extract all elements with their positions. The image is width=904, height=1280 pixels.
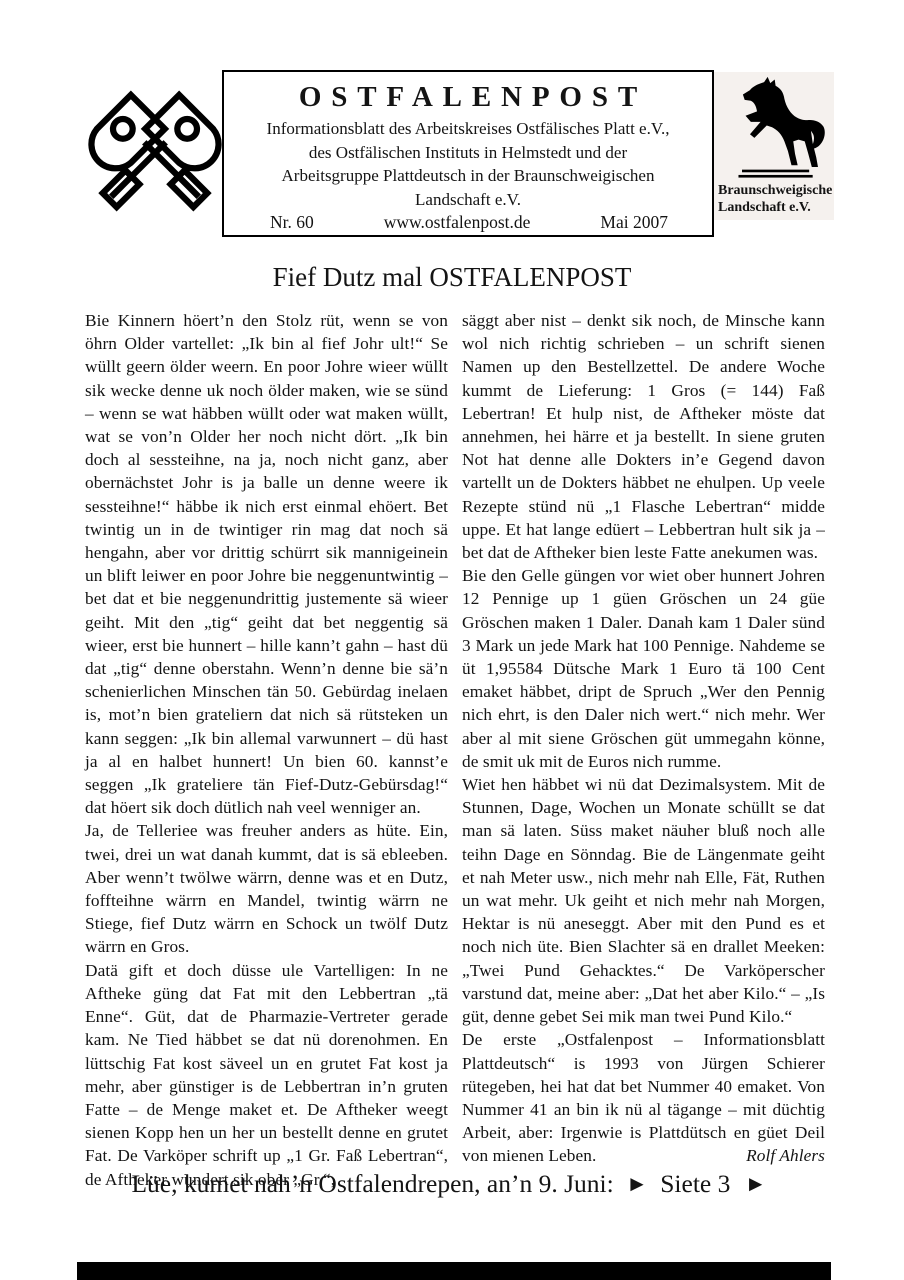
ostfalen-emblem <box>88 86 222 220</box>
footer-notice: Lüe, kumet nah’n Ostfalendrepen, an’n 9.… <box>0 1168 904 1200</box>
column-left: Bie Kinnern höert’n den Stolz rüt, wenn … <box>85 309 448 1191</box>
horse-logo-caption: BraunschweigischeLandschaft e.V. <box>714 183 834 216</box>
right-arrow-icon: ► <box>745 1171 767 1196</box>
paragraph: Ja, de Telleriee was freuher anders as h… <box>85 819 448 958</box>
article-body: Bie Kinnern höert’n den Stolz rüt, wenn … <box>85 309 825 1191</box>
paragraph: De erste „Ostfalenpost – Informationsbla… <box>462 1028 825 1167</box>
paragraph: Bie den Gelle güngen vor wiet ober hunne… <box>462 564 825 773</box>
newsletter-title: OSTFALENPOST <box>224 79 712 115</box>
paragraph: Datä gift et doch düsse ule Vartelligen:… <box>85 959 448 1191</box>
subtitle-line: Landschaft e.V. <box>224 188 712 212</box>
paragraph: Bie Kinnern höert’n den Stolz rüt, wenn … <box>85 309 448 819</box>
right-arrow-icon: ► <box>626 1171 648 1196</box>
subtitle-line: des Ostfälischen Instituts in Helmstedt … <box>224 141 712 165</box>
masthead-subtitle: Informationsblatt des Arbeitskreises Ost… <box>224 117 712 211</box>
subtitle-line: Arbeitsgruppe Plattdeutsch in der Brauns… <box>224 164 712 188</box>
issue-date: Mai 2007 <box>600 212 668 233</box>
masthead-meta: Nr. 60 www.ostfalenpost.de Mai 2007 <box>224 212 712 233</box>
rearing-horse-icon <box>730 76 830 182</box>
masthead-box: OSTFALENPOST Informationsblatt des Arbei… <box>222 70 714 237</box>
issue-number: Nr. 60 <box>270 212 314 233</box>
paragraph: Wiet hen häbbet wi nü dat Dezimalsystem.… <box>462 773 825 1028</box>
bottom-scan-bar <box>77 1262 831 1280</box>
footer-page-ref: Siete 3 <box>660 1169 730 1198</box>
newsletter-page: OSTFALENPOST Informationsblatt des Arbei… <box>0 0 904 1280</box>
website-url: www.ostfalenpost.de <box>384 212 531 233</box>
braunschweigische-landschaft-logo: BraunschweigischeLandschaft e.V. <box>714 72 834 220</box>
subtitle-line: Informationsblatt des Arbeitskreises Ost… <box>224 117 712 141</box>
author-signature: Rolf Ahlers <box>746 1144 825 1167</box>
horse-logo-caption-line: Braunschweigische <box>718 183 834 200</box>
article-title: Fief Dutz mal OSTFALENPOST <box>0 261 904 293</box>
footer-text: Lüe, kumet nah’n Ostfalendrepen, an’n 9.… <box>131 1169 613 1198</box>
crossed-keys-icon <box>88 86 222 220</box>
column-right: säggt aber nist – denkt sik noch, de Min… <box>462 309 825 1191</box>
paragraph: säggt aber nist – denkt sik noch, de Min… <box>462 309 825 564</box>
horse-logo-caption-line: Landschaft e.V. <box>718 200 834 217</box>
